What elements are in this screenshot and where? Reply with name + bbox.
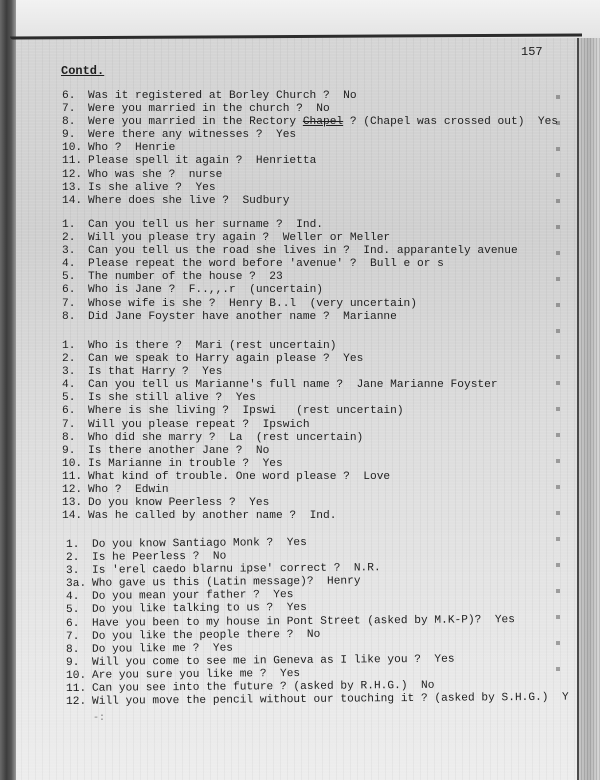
question-line: 7.Were you married in the church ? No [62, 103, 558, 116]
question-number: 8. [62, 311, 88, 324]
question-line: 11.Please spell it again ? Henrietta [62, 155, 558, 168]
answer-text: Ipswi (rest uncertain) [242, 405, 403, 417]
question-line: 10.Is Marianne in trouble ? Yes [62, 458, 498, 471]
question-number: 3. [62, 366, 88, 379]
question-text: Was he called by another name ? [88, 510, 296, 522]
scanner-top-margin [0, 0, 600, 38]
question-line: 4.Can you tell us Marianne's full name ?… [62, 379, 498, 392]
question-number: 13. [62, 497, 88, 510]
answer-text: Henrietta [256, 155, 316, 167]
question-text: Please repeat the word before 'avenue' ? [88, 258, 357, 270]
question-number: 12. [62, 169, 88, 182]
question-line: 6.Where is she living ? Ipswi (rest unce… [62, 405, 498, 418]
page-heading: Contd. [61, 64, 104, 78]
question-number: 7. [62, 298, 88, 311]
question-text: Is 'erel caedo blarnu ipse' correct ? [92, 563, 341, 577]
question-text: Who was she ? [88, 169, 175, 181]
question-line: 4.Please repeat the word before 'avenue'… [62, 258, 518, 271]
question-text: Is there another Jane ? [88, 445, 242, 457]
question-section-2: 1.Can you tell us her surname ? Ind.2.Wi… [62, 219, 518, 324]
question-text: Is that Harry ? [88, 366, 189, 378]
question-text: Whose wife is she ? [88, 298, 216, 310]
answer-text: Yes [213, 642, 233, 654]
answer-text: Yes [538, 116, 558, 128]
question-number: 14. [62, 195, 88, 208]
question-line: 10.Who ? Henrie [62, 142, 558, 155]
scanner-right-edge [578, 38, 600, 780]
question-number: 12. [62, 484, 88, 497]
question-line: 13.Do you know Peerless ? Yes [62, 497, 498, 510]
answer-text: Yes [236, 392, 256, 404]
question-number: 2. [66, 552, 92, 565]
question-line: 1.Who is there ? Mari (rest uncertain) [62, 340, 498, 353]
question-text: Will you move the pencil without our tou… [92, 692, 549, 708]
question-line: 8.Did Jane Foyster have another name ? M… [62, 311, 518, 324]
page-right-edge [577, 38, 579, 780]
question-text: Are you sure you like me ? [92, 668, 267, 682]
question-text: Who ? [88, 142, 122, 154]
question-text: Do you mean your father ? [92, 590, 260, 603]
question-number: 7. [62, 103, 88, 116]
answer-text: No [316, 103, 329, 115]
answer-text: Ind. [310, 510, 337, 522]
question-number: 5. [62, 271, 88, 284]
answer-text: No [343, 90, 356, 102]
answer-text: Weller or Meller [283, 232, 390, 244]
answer-text: Henry B..l (very uncertain) [229, 298, 417, 310]
question-number: 11. [66, 683, 92, 696]
question-text: Were you married in the Rectory [88, 116, 296, 128]
answer-text: No [307, 628, 321, 640]
question-text: Did Jane Foyster have another name ? [88, 311, 330, 323]
answer-text: Yes [287, 602, 307, 614]
question-text: Will you please try again ? [88, 232, 269, 244]
question-text: Will you please repeat ? [88, 419, 249, 431]
answer-text: Yes [343, 353, 363, 365]
question-number: 11. [62, 471, 88, 484]
answer-text: Jane Marianne Foyster [357, 379, 498, 391]
question-line: 2.Can we speak to Harry again please ? Y… [62, 353, 498, 366]
answer-text: nurse [189, 169, 223, 181]
question-text: Do you like me ? [92, 643, 200, 656]
question-number: 3a. [66, 578, 92, 591]
question-text: Is he Peerless ? [92, 551, 200, 564]
answer-text: Yes [195, 182, 215, 194]
question-line: 9.Is there another Jane ? No [62, 445, 498, 458]
answer-text: Love [363, 471, 390, 483]
answer-text: 23 [269, 271, 282, 283]
answer-text: Edwin [135, 484, 169, 496]
answer-text: Yes [249, 497, 269, 509]
answer-text: Yes [287, 537, 307, 549]
question-number: 1. [66, 539, 92, 552]
question-line: 8.Who did she marry ? La (rest uncertain… [62, 432, 498, 445]
question-line: 13.Is she alive ? Yes [62, 182, 558, 195]
question-number: 9. [62, 445, 88, 458]
answer-text: Sudbury [242, 195, 289, 207]
question-number: 2. [62, 232, 88, 245]
answer-text: No [213, 551, 227, 563]
answer-text: Henrie [135, 142, 175, 154]
question-number: 10. [66, 670, 92, 683]
answer-text: Ipswich [263, 419, 310, 431]
question-line: 1.Can you tell us her surname ? Ind. [62, 219, 518, 232]
answer-text: Yes [276, 129, 296, 141]
question-line: 9.Were there any witnesses ? Yes [62, 129, 558, 142]
question-number: 7. [62, 419, 88, 432]
question-number: 3. [62, 245, 88, 258]
question-line: 14.Where does she live ? Sudbury [62, 195, 558, 208]
question-text: Who ? [88, 484, 122, 496]
question-line: 14.Was he called by another name ? Ind. [62, 510, 498, 523]
question-number: 9. [62, 129, 88, 142]
question-number: 10. [62, 458, 88, 471]
question-number: 2. [62, 353, 88, 366]
question-number: 13. [62, 182, 88, 195]
question-text: Were you married in the church ? [88, 103, 303, 115]
question-number: 4. [66, 591, 92, 604]
question-number: 5. [62, 392, 88, 405]
question-number: 6. [62, 405, 88, 418]
question-text: What kind of trouble. One word please ? [88, 471, 350, 483]
answer-text: Yes [273, 589, 293, 601]
question-number: 7. [66, 630, 92, 643]
question-text: Were there any witnesses ? [88, 129, 263, 141]
answer-text: La (rest uncertain) [229, 432, 363, 444]
question-text: Is she still alive ? [88, 392, 222, 404]
question-line: 12.Will you move the pencil without our … [66, 692, 569, 709]
question-number: 8. [62, 116, 88, 129]
answer-text: Yes [263, 458, 283, 470]
question-text: Who is Jane ? [88, 284, 175, 296]
question-line: 6.Who is Jane ? F..,,.r (uncertain) [62, 284, 518, 297]
question-text: The number of the house ? [88, 271, 256, 283]
question-text: Where is she living ? [88, 405, 229, 417]
scanner-left-edge [0, 0, 16, 780]
answer-text: Yes [202, 366, 222, 378]
question-text: Who did she marry ? [88, 432, 216, 444]
question-text: Who gave us this (Latin message)? [92, 576, 314, 590]
question-line: 2.Will you please try again ? Weller or … [62, 232, 518, 245]
question-number: 6. [62, 284, 88, 297]
question-line: 6.Was it registered at Borley Church ? N… [62, 90, 558, 103]
question-text: Is Marianne in trouble ? [88, 458, 249, 470]
question-line: 7.Whose wife is she ? Henry B..l (very u… [62, 298, 518, 311]
answer-text: N.R. [354, 562, 381, 574]
question-text: Can you tell us her surname ? [88, 219, 283, 231]
question-text: Can you tell us Marianne's full name ? [88, 379, 343, 391]
question-text: Do you know Santiago Monk ? [92, 537, 273, 551]
question-number: 8. [62, 432, 88, 445]
question-line: 12.Who ? Edwin [62, 484, 498, 497]
question-line: 3.Can you tell us the road she lives in … [62, 245, 518, 258]
answer-text: No [421, 680, 435, 692]
question-text: Was it registered at Borley Church ? [88, 90, 330, 102]
question-number: 6. [66, 617, 92, 630]
question-tail: ? (Chapel was crossed out) [350, 116, 525, 128]
answer-text: Ind. apparantely avenue [363, 245, 517, 257]
question-text: Is she alive ? [88, 182, 182, 194]
question-number: 10. [62, 142, 88, 155]
question-text: Do you know Peerless ? [88, 497, 236, 509]
answer-text: Mari (rest uncertain) [195, 340, 336, 352]
footer-mark: -: [93, 713, 105, 724]
question-number: 8. [66, 644, 92, 657]
question-number: 6. [62, 90, 88, 103]
question-number: 14. [62, 510, 88, 523]
question-number: 4. [62, 379, 88, 392]
answer-text: Y [562, 692, 569, 704]
question-line: 12.Who was she ? nurse [62, 169, 558, 182]
answer-text: Marianne [343, 311, 397, 323]
question-section-3: 1.Who is there ? Mari (rest uncertain)2.… [62, 340, 498, 523]
question-text: Where does she live ? [88, 195, 229, 207]
answer-text: Yes [280, 668, 300, 680]
answer-text: F..,,.r (uncertain) [189, 284, 323, 296]
question-line: 7.Will you please repeat ? Ipswich [62, 419, 498, 432]
question-text: Can we speak to Harry again please ? [88, 353, 330, 365]
question-line: 8.Were you married in the Rectory Chapel… [62, 116, 558, 129]
question-line: 3.Is that Harry ? Yes [62, 366, 498, 379]
question-line: 11.What kind of trouble. One word please… [62, 471, 498, 484]
question-number: 1. [62, 340, 88, 353]
answer-text: Yes [434, 653, 454, 665]
question-section-1: 6.Was it registered at Borley Church ? N… [62, 90, 558, 208]
question-number: 9. [66, 657, 92, 670]
question-number: 1. [62, 219, 88, 232]
page-number: 157 [521, 45, 543, 59]
question-line: 5.The number of the house ? 23 [62, 271, 518, 284]
question-number: 12. [66, 696, 92, 709]
question-section-4: 1.Do you know Santiago Monk ? Yes2.Is he… [66, 539, 569, 709]
struck-word: Chapel [303, 116, 343, 128]
question-text: Please spell it again ? [88, 155, 242, 167]
answer-text: Ind. [296, 219, 323, 231]
question-number: 3. [66, 565, 92, 578]
answer-text: Yes [495, 614, 515, 626]
answer-text: Bull e or s [370, 258, 444, 270]
question-line: 5.Is she still alive ? Yes [62, 392, 498, 405]
answer-text: No [256, 445, 269, 457]
question-text: Can you tell us the road she lives in ? [88, 245, 350, 257]
question-number: 5. [66, 604, 92, 617]
answer-text: Henry [327, 576, 361, 588]
question-text: Who is there ? [88, 340, 182, 352]
question-text: Do you like talking to us ? [92, 603, 273, 617]
question-text: Do you like the people there ? [92, 629, 294, 643]
question-number: 4. [62, 258, 88, 271]
question-number: 11. [62, 155, 88, 168]
